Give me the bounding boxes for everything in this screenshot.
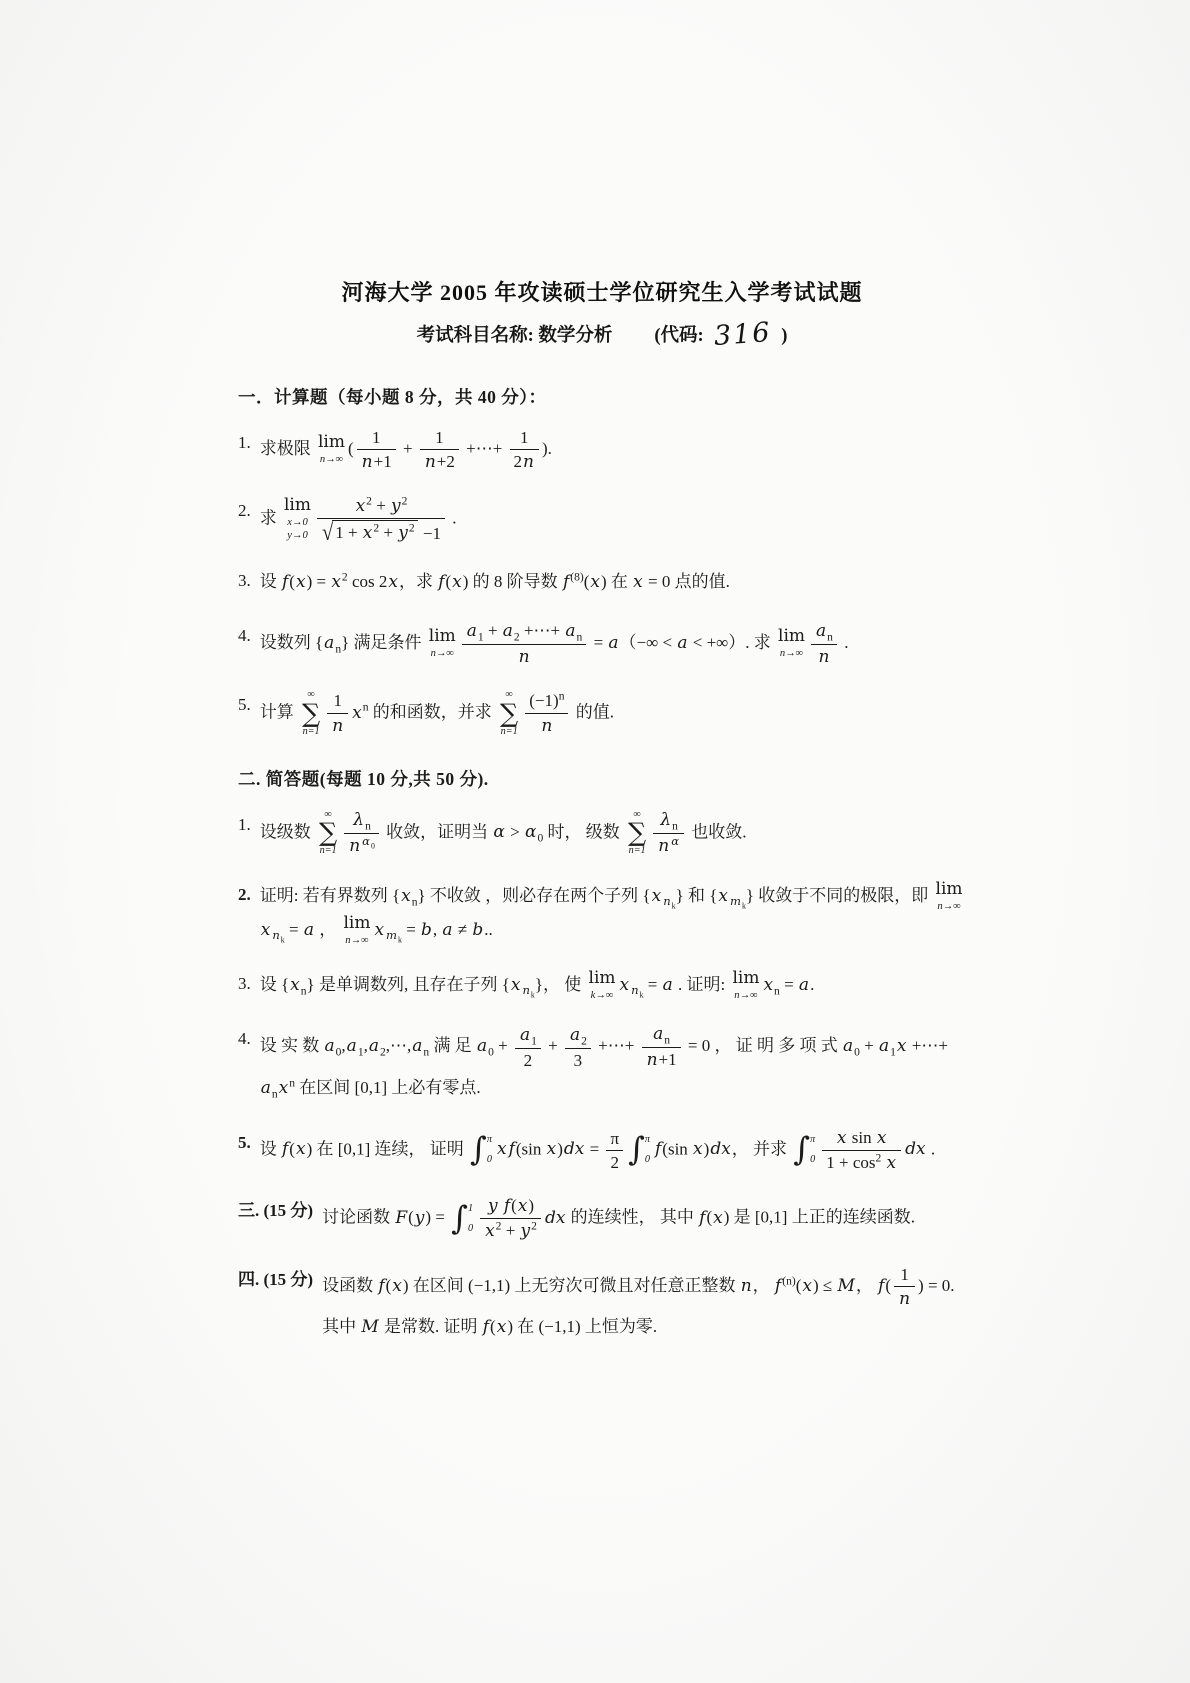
math-variable: x [762,975,774,995]
problem-text: 设数列 {an} 满足条件 limn→∞a1 + a2 +⋯+ ann = a（… [260,620,966,668]
math-superscript: 2 [531,1220,537,1233]
math-subscript: nk [630,984,643,997]
math-sum: ∞∑n=1 [628,809,646,858]
math-variable: dx [544,1208,566,1228]
exam-title: 河海大学 2005 年攻读硕士学位研究生入学考试试题 [238,276,966,307]
math-text: } 收敛于不同的极限，即 [746,886,933,905]
math-variable: x [651,886,663,906]
math-text: +⋯+ [462,439,507,458]
math-sum: ∞∑n=1 [319,809,337,858]
math-subscript: 2 [581,1034,587,1047]
math-subscript: nk [521,984,534,997]
math-variable: a [368,1036,380,1056]
code-group: (代码: 316 ) [654,317,787,348]
math-text: 求极限 [260,439,315,458]
math-subscript: n [664,1034,670,1047]
math-text: > [506,822,524,841]
math-sqrt: √1 + x2 + y2 [322,520,418,544]
math-fraction: 1n+2 [420,427,459,474]
math-text: ) = [425,1208,449,1227]
code-label: (代码: [654,321,703,347]
math-text: 设 { [260,975,289,994]
math-variable: n [818,647,831,667]
math-variable: α [492,822,505,842]
math-text: 是常数. 证明 [380,1317,482,1336]
math-text: ) 在 (−1,1) 上恒为零. [507,1317,657,1336]
problem-label: 4. [238,620,251,652]
math-variable: dx [709,1139,731,1159]
math-fraction: a1 + a2 +⋯+ ann [462,620,587,668]
math-variable: n [657,836,670,856]
math-variable: a [502,621,514,641]
math-variable: x [391,1276,403,1296]
math-text: (sin [516,1139,546,1158]
math-variable: x [355,496,367,516]
math-text: n=1 [629,845,646,856]
math-variable: b [420,920,433,940]
math-text: + [494,1036,512,1055]
problem-label: 3. [238,968,251,1000]
math-text: 0 [810,1154,815,1165]
math-variable: λ [659,810,672,830]
math-text: . [810,975,814,994]
math-text: +2 [437,452,455,471]
math-text: .. [484,920,493,939]
math-subscript: 1 [531,1034,537,1047]
math-variable: dx [904,1139,926,1159]
math-text: . [927,1139,936,1158]
math-text: 0 [645,1154,650,1165]
math-variable: x [400,886,412,906]
math-text: π [487,1134,492,1145]
math-text: +1 [374,452,392,471]
math-variable: x [510,975,522,995]
math-text: ) [528,1196,534,1215]
math-subscript: mk [385,929,402,942]
math-text: 1 [435,428,444,447]
math-variable: m [385,928,398,942]
math-variable: F [394,1208,408,1228]
math-subscript: n [577,631,583,644]
math-text: k→∞ [591,990,614,1001]
math-text: ， [753,1276,774,1295]
math-superscript: 2 [402,494,408,507]
math-text: = 0 ， 证 明 多 项 式 [684,1036,842,1055]
math-text: + [484,621,502,640]
math-text: ) 的 8 阶导数 [463,572,562,591]
math-text: sin [848,1128,876,1147]
math-variable: a [324,1036,336,1056]
math-text: 时， 级数 [543,822,624,841]
scanned-exam-page: 河海大学 2005 年攻读硕士学位研究生入学考试试题 考试科目名称: 数学分析 … [0,0,1190,1683]
math-text: n→∞ [320,454,343,465]
math-subscript: n [827,631,833,644]
math-text: = [643,975,661,994]
math-superscript: (n) [782,1274,795,1287]
math-sum: ∞∑n=1 [500,689,518,738]
math-text: + [399,439,417,458]
math-subscript: n [365,820,371,833]
math-variable: y [487,1196,499,1216]
math-variable: α [670,834,680,848]
math-text: 设级数 [260,822,315,841]
math-variable: x [289,975,301,995]
problem: 1.求极限 limn→∞(1n+1 + 1n+2 +⋯+ 12n). [238,427,966,474]
math-text: ， [315,920,341,939]
math-variable: x [876,1128,888,1148]
math-variable: x [896,1036,908,1056]
problem-label: 3. [238,565,251,597]
math-text: n→∞ [734,990,757,1001]
math-variable: a [815,621,827,641]
problem: 3.设 f(x) = x2 cos 2x，求 f(x) 的 8 阶导数 f(8)… [238,565,966,599]
problem-text: 设 f(x) 在 [0,1] 连续， 证明 ∫π0xf(sin x)dx = π… [260,1127,966,1175]
math-text: ) 在 [601,572,632,591]
problem-text: 证明: 若有界数列 {xn} 不收敛 ，则必存在两个子列 {xnk} 和 {xm… [260,879,966,947]
math-fraction: ann+1 [642,1023,681,1071]
math-text: ) 是 [0,1] 上正的连续函数. [724,1208,915,1227]
math-text: +1 [659,1050,677,1069]
math-fraction: λnnα0 [344,809,379,857]
math-text: π [810,1134,815,1145]
math-text: ) 在区间 (−1,1) 上无穷次可微且对任意正整数 [403,1276,740,1295]
math-variable: a [652,1024,664,1044]
math-text: n=1 [501,726,518,737]
math-text: ≠ [454,920,472,939]
math-superscript: n [559,690,565,703]
problem: 3.设 {xn} 是单调数列, 且存在子列 {xnk}， 使 limk→∞xnk… [238,968,966,1002]
math-text: } 不收敛 ，则必存在两个子列 { [418,886,651,905]
math-fraction: a12 [515,1024,541,1071]
math-text: ，求 [399,572,437,591]
math-fraction: x2 + y2√1 + x2 + y2 −1 [317,495,445,545]
math-variable: x [632,572,644,592]
math-variable: f [508,1139,516,1159]
math-text: 讨论函数 [322,1208,394,1227]
math-fraction: π2 [606,1128,623,1174]
math-limit: limn→∞ [343,915,370,947]
math-text: π [645,1134,650,1145]
math-variable: dx [563,1139,585,1159]
math-text: 证明: 若有界数列 { [260,886,400,905]
math-variable: a [466,621,478,641]
math-variable: x [496,1139,508,1159]
problem: 5.计算 ∞∑n=11nxn 的和函数，并求 ∞∑n=1(−1)nn 的值. [238,689,966,738]
math-text: ) ≤ [813,1276,837,1295]
math-text: 满 足 [429,1036,476,1055]
math-text: 1 [520,428,529,447]
math-limit: limn→∞ [429,628,456,660]
math-variable: a [676,633,688,653]
math-text: = [585,1139,603,1158]
math-text: } 满足条件 [341,633,426,652]
math-variable: x [451,572,463,592]
math-integral: ∫10 [451,1202,475,1236]
math-variable: f [562,572,570,592]
math-variable: n [348,836,361,856]
math-fraction: a23 [565,1024,591,1071]
math-text: + [860,1036,878,1055]
math-text: +⋯+ [594,1036,639,1055]
math-text: 1 + [335,523,362,542]
math-subscript: mk [729,895,746,908]
math-variable: a [441,920,453,940]
math-subscript: n [672,820,678,833]
math-text: +⋯+ [520,621,565,640]
math-variable: M [836,1276,855,1296]
math-subscript: nk [662,895,675,908]
math-variable: a [842,1036,854,1056]
math-variable: y [414,1208,426,1228]
math-text: } 和 { [676,886,718,905]
problem: 四. (15 分)设函数 f(x) 在区间 (−1,1) 上无穷次可微且对任意正… [238,1264,966,1345]
exam-document: 河海大学 2005 年攻读硕士学位研究生入学考试试题 考试科目名称: 数学分析 … [238,276,966,1365]
math-text: 3 [574,1051,583,1070]
problem-label: 四. (15 分) [238,1264,313,1296]
math-text: 1 [333,691,342,710]
math-variable: n [740,1276,753,1296]
code-value-handwritten: 316 [713,317,773,352]
math-limit: limn→∞ [936,881,963,913]
math-variable: y [520,1221,532,1241]
math-text: 0 [487,1154,492,1165]
math-variable: a [569,1025,581,1045]
math-text: = [589,633,607,652]
math-text: + [501,1221,519,1240]
math-variable: f [482,1317,490,1337]
problem: 5.设 f(x) 在 [0,1] 连续， 证明 ∫π0xf(sin x)dx =… [238,1127,966,1175]
math-subscript: nk [271,929,284,942]
math-text: = [285,920,303,939]
math-text: 设函数 [322,1276,377,1295]
problem-label: 三. (15 分) [238,1195,313,1227]
math-variable: f [437,572,445,592]
math-variable: x [295,572,307,592]
math-text: } 是单调数列, 且存在子列 { [307,975,510,994]
math-text: n→∞ [431,648,454,659]
math-variable: a [323,633,335,653]
math-variable: x [712,1208,724,1228]
math-text: (sin [662,1139,692,1158]
math-text: + [372,496,390,515]
math-superscript: 2 [409,521,415,534]
math-variable: x [260,920,272,940]
math-variable: f [503,1196,511,1216]
math-fraction: 1n+1 [357,427,396,474]
math-variable: x [546,1139,558,1159]
math-fraction: x sin x1 + cos2 x [822,1127,901,1175]
math-variable: n [522,452,535,472]
math-variable: x [330,572,342,592]
math-variable: a [260,1078,272,1098]
math-variable: a [662,975,674,995]
math-variable: a [303,920,315,940]
math-text: . 证明: [674,975,730,994]
problem: 2.求 limx→0y→0x2 + y2√1 + x2 + y2 −1 . [238,495,966,545]
code-close-paren: ) [781,326,787,347]
problem-label: 4. [238,1023,251,1055]
math-variable: x [836,1128,848,1148]
math-text: 在区间 [0,1] 上必有零点. [295,1078,481,1097]
problem: 1.设级数 ∞∑n=1λnnα0 收敛，证明当 α > α0 时， 级数 ∞∑n… [238,809,966,858]
math-variable: α [524,822,537,842]
subject-line: 考试科目名称: 数学分析 [417,321,613,347]
subject-value: 数学分析 [538,326,612,346]
math-text: < +∞）. 求 [688,633,775,652]
section-heading: 一．计算题（每小题 8 分，共 40 分）： [238,384,966,409]
math-variable: x [362,523,374,543]
math-limit: limx→0y→0 [284,497,311,542]
math-variable: x [295,1139,307,1159]
problem: 4.设 实 数 a0,a1,a2,⋯,an 满 足 a0 + a12 + a23… [238,1023,966,1105]
math-text: 2 [524,1051,533,1070]
math-variable: n [662,894,671,908]
problem-text: 设 f(x) = x2 cos 2x，求 f(x) 的 8 阶导数 f(8)(x… [260,565,966,599]
math-text: ， [856,1276,877,1295]
math-variable: a [476,1036,488,1056]
problem-text: 求极限 limn→∞(1n+1 + 1n+2 +⋯+ 12n). [260,427,966,474]
math-text: π [610,1129,619,1148]
math-text: n→∞ [345,935,368,946]
math-text: （−∞ < [620,633,677,652]
math-variable: n [518,647,531,667]
math-text: ). [542,439,552,458]
math-variable: x [619,975,631,995]
problem-text: 设级数 ∞∑n=1λnnα0 收敛，证明当 α > α0 时， 级数 ∞∑n=1… [260,809,966,858]
math-variable: x [278,1078,290,1098]
math-text: ,⋯, [386,1036,412,1055]
math-text: +⋯+ [908,1036,948,1055]
math-fraction: 12n [510,427,539,474]
math-fraction: (−1)nn [525,690,568,737]
math-fraction: λnnα [653,809,684,857]
problem-text: 求 limx→0y→0x2 + y2√1 + x2 + y2 −1 . [260,495,966,545]
math-text: 也收敛. [687,822,747,841]
math-variable: n [424,452,437,472]
math-variable: x [517,1196,529,1216]
math-text: 的值. [571,703,614,722]
math-variable: n [540,716,553,736]
math-text: = 0 点的值. [644,572,730,591]
math-variable: x [717,886,729,906]
math-variable: x [351,703,363,723]
math-text: 的和函数，并求 [369,703,497,722]
problem-label: 1. [238,427,251,459]
problem: 4.设数列 {an} 满足条件 limn→∞a1 + a2 +⋯+ ann = … [238,620,966,668]
exam-body: 一．计算题（每小题 8 分，共 40 分）：1.求极限 limn→∞(1n+1 … [238,384,966,1344]
math-text: −1 [419,524,441,543]
math-limit: limn→∞ [318,434,345,466]
math-text: }， 使 [535,975,586,994]
math-variable: λ [352,810,365,830]
math-variable: b [471,920,484,940]
math-variable: x [496,1317,508,1337]
math-text: (−1) [529,691,558,710]
math-text: ( [511,1196,517,1215]
math-subscript: 0 [371,841,375,850]
math-text: 设 [260,572,281,591]
math-integral: ∫π0 [628,1133,652,1167]
math-variable: y [397,523,409,543]
math-text: 0 [468,1223,473,1234]
math-limit: limn→∞ [778,628,805,660]
math-superscript: (8) [570,570,583,583]
math-text: 的连续性， 其中 [566,1208,698,1227]
math-variable: a [411,1036,423,1056]
math-variable: x [484,1221,496,1241]
math-limit: limk→∞ [589,970,616,1002]
math-variable: f [377,1276,385,1296]
problem-text: 设函数 f(x) 在区间 (−1,1) 上无穷次可微且对任意正整数 n， f(n… [322,1264,966,1345]
math-variable: n [646,1050,659,1070]
math-text: ( [408,1208,414,1227]
math-text: n→∞ [937,901,960,912]
math-sum: ∞∑n=1 [302,689,320,738]
math-variable: n [630,983,639,997]
math-text: ) 在 [0,1] 连续， 证明 [307,1139,468,1158]
problem: 三. (15 分)讨论函数 F(y) = ∫10y f(x)x2 + y2dx … [238,1195,966,1243]
math-variable: x [387,572,399,592]
math-integral: ∫π0 [470,1133,494,1167]
math-text: ， 并求 [732,1139,792,1158]
section-heading: 二. 简答题(每题 10 分,共 50 分). [238,766,966,791]
math-integral: ∫π0 [793,1133,817,1167]
math-variable: f [774,1276,782,1296]
subject-label: 考试科目名称: [417,326,534,346]
math-variable: m [729,894,742,908]
math-variable: n [361,452,374,472]
math-text: 1 [900,1265,909,1284]
math-subscript: n [272,1088,278,1101]
math-text: + [379,523,397,542]
math-text: . [448,508,457,527]
math-text: 2 [514,452,523,471]
math-text: 收敛，证明当 [382,822,493,841]
math-text: ( [490,1317,496,1336]
math-text: 设 [260,1139,281,1158]
math-text: n=1 [320,845,337,856]
math-text: ( [885,1276,891,1295]
problem-label: 5. [238,689,251,721]
math-text: 设数列 { [260,633,323,652]
math-text: y→0 [287,530,307,541]
math-variable: x [589,572,601,592]
math-text [881,1153,885,1172]
exam-subtitle: 考试科目名称: 数学分析 (代码: 316 ) [238,317,966,348]
math-fraction: 1n [327,690,348,737]
math-text: n=1 [303,726,320,737]
math-text: n→∞ [780,648,803,659]
math-variable: n [331,716,344,736]
math-limit: limn→∞ [732,970,759,1002]
math-variable: x [801,1276,813,1296]
math-text: cos 2 [348,572,388,591]
math-variable: x [373,920,385,940]
problem-text: 设 {xn} 是单调数列, 且存在子列 {xnk}， 使 limk→∞xnk =… [260,968,966,1002]
math-variable: a [346,1036,358,1056]
math-superscript: α [670,835,680,848]
problem-label: 1. [238,809,251,841]
math-text: 设 实 数 [260,1036,324,1055]
math-text: = [402,920,420,939]
problem-label: 5. [238,1127,251,1159]
math-variable: a [564,621,576,641]
math-fraction: y f(x)x2 + y2 [480,1195,541,1243]
math-text: 1 [468,1203,473,1214]
math-variable: a [798,975,810,995]
math-variable: x [692,1139,704,1159]
problem-text: 计算 ∞∑n=11nxn 的和函数，并求 ∞∑n=1(−1)nn 的值. [260,689,966,738]
